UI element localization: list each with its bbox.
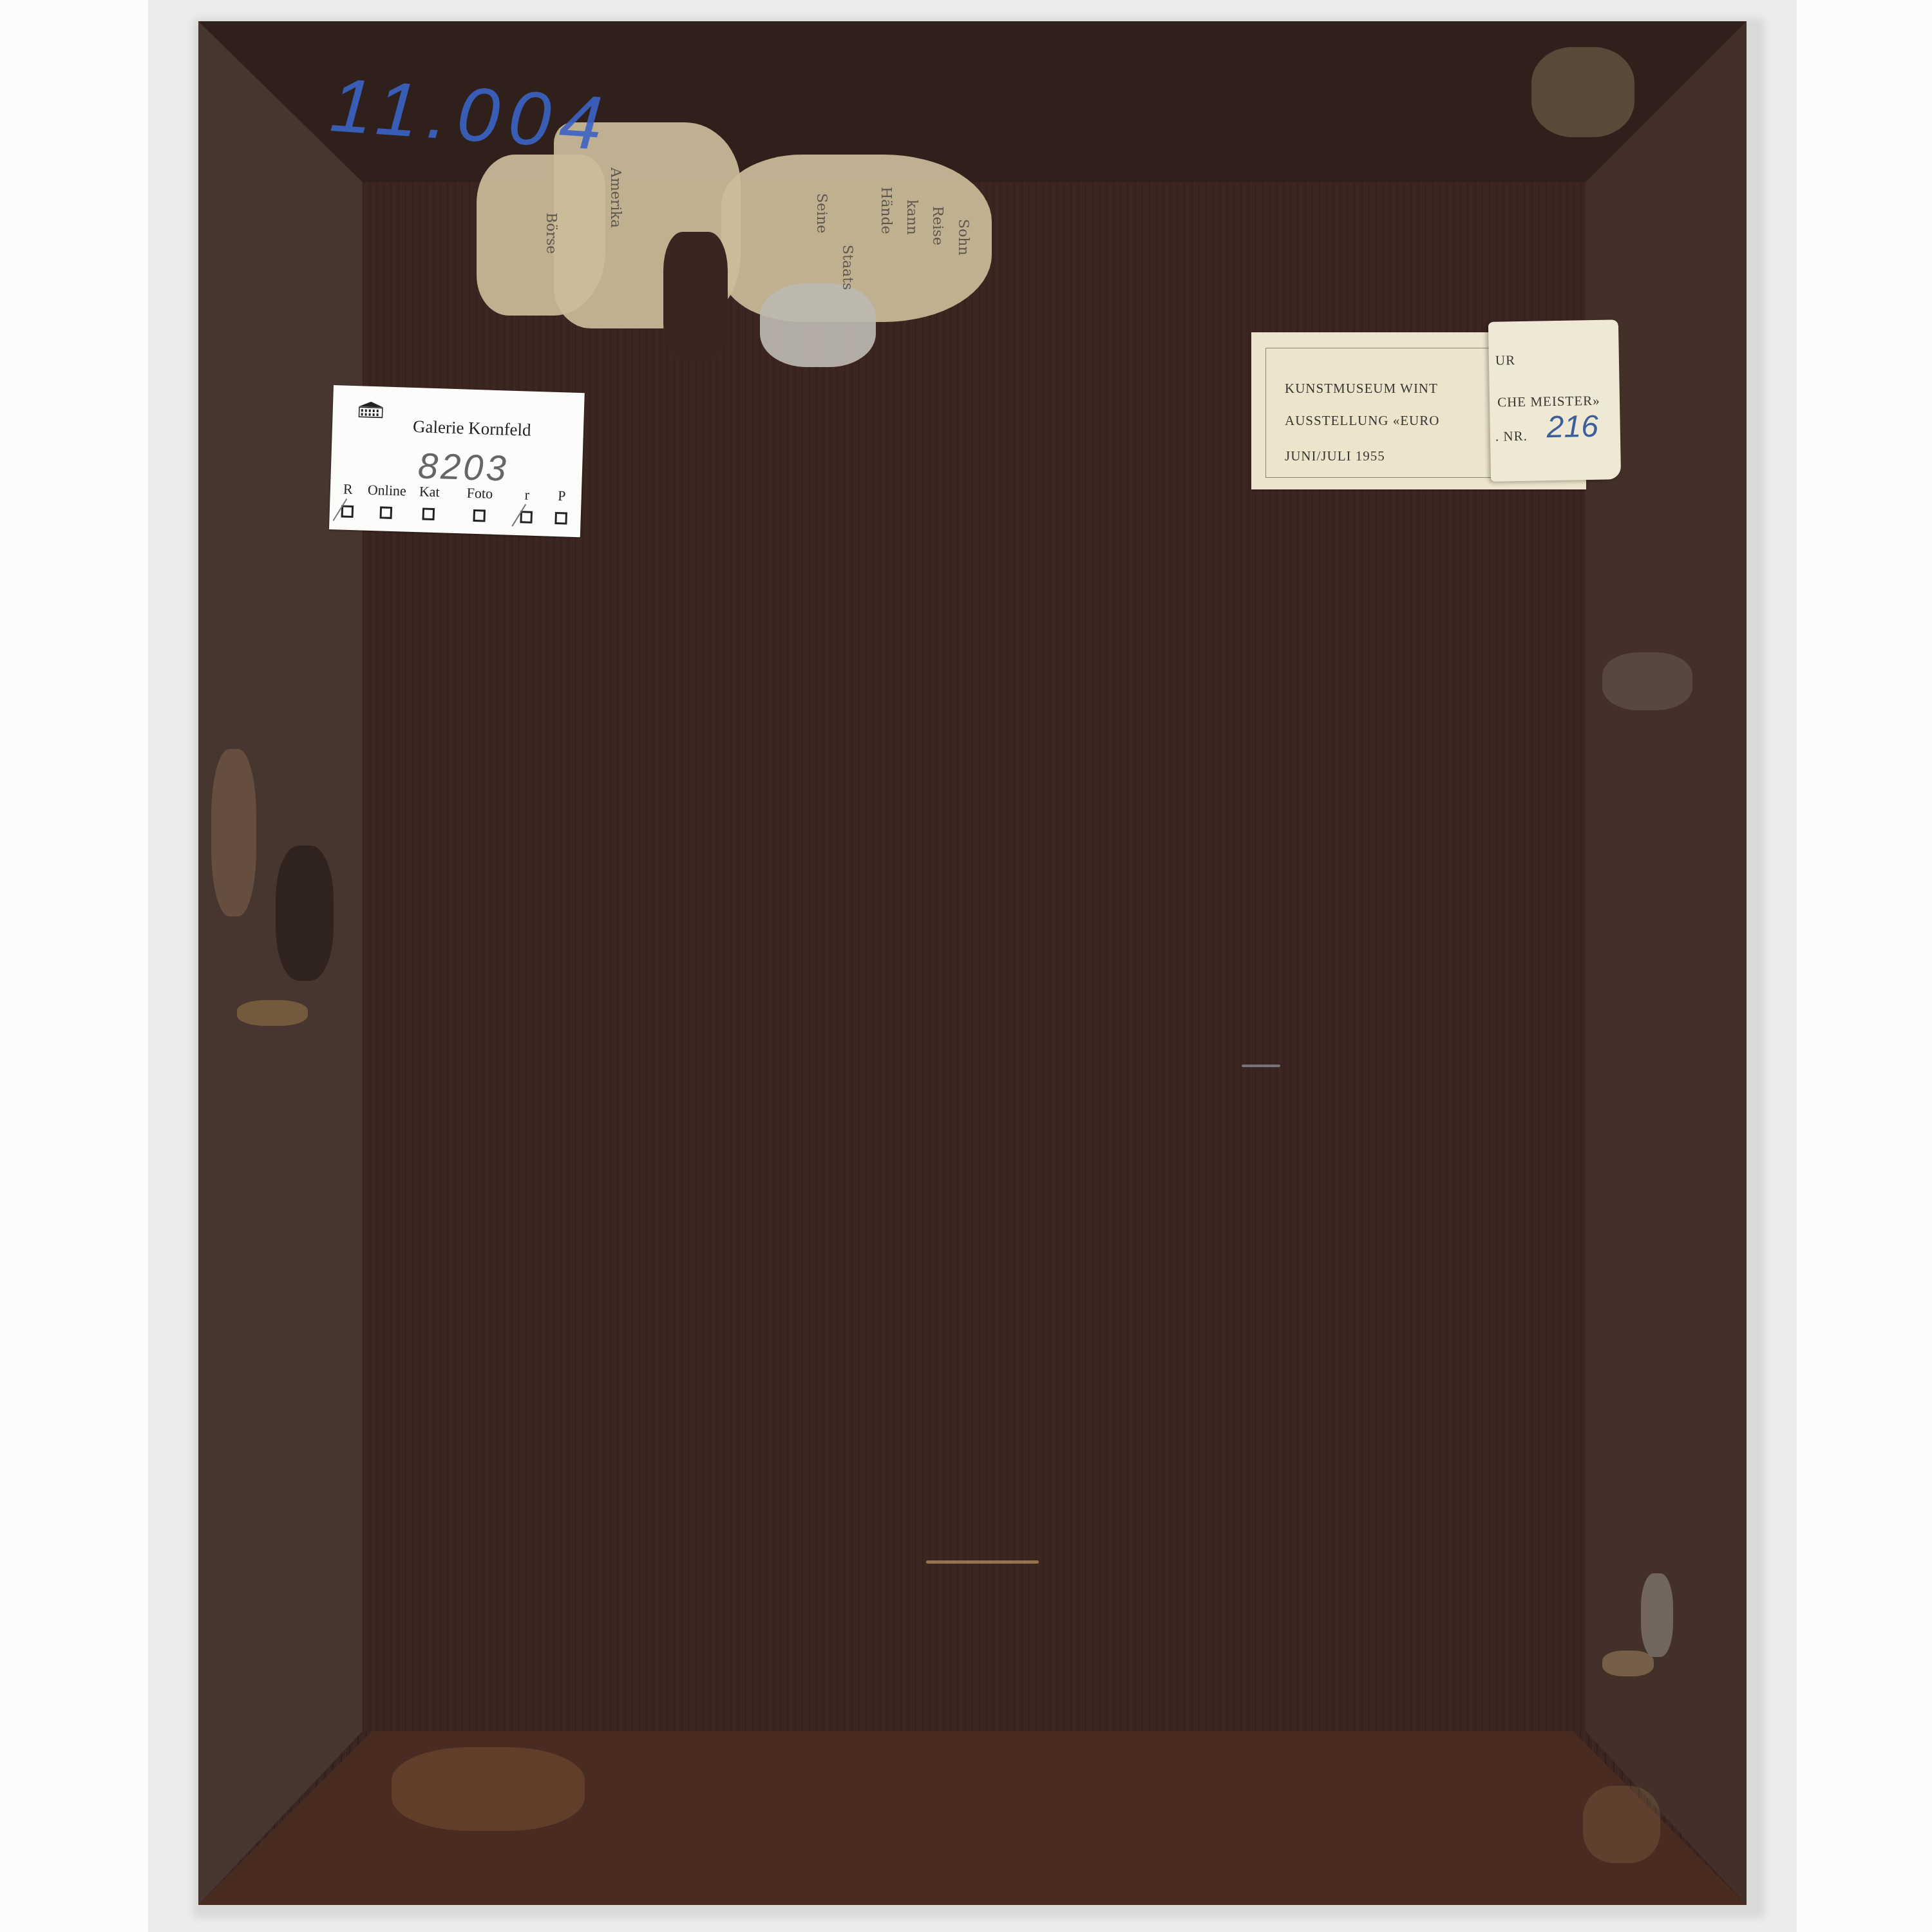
paper-piece xyxy=(760,283,876,367)
wear-spot xyxy=(237,1000,308,1026)
bevel-left xyxy=(198,21,363,1905)
curled-label-corner: UR CHE MEISTER» . NR. 216 xyxy=(1488,319,1621,481)
checkbox-icon xyxy=(554,512,567,525)
wear-spot xyxy=(1602,652,1692,710)
label-text-fragment: CHE MEISTER» xyxy=(1497,393,1600,411)
scratch-mark xyxy=(926,1560,1039,1564)
checkbox-checked-icon xyxy=(341,505,354,518)
newspaper-text: Hände xyxy=(876,187,895,234)
wear-spot xyxy=(1602,1651,1654,1676)
newspaper-text: Seine xyxy=(811,193,831,233)
newspaper-text: kann xyxy=(902,200,921,235)
museum-name: KUNSTMUSEUM WINT xyxy=(1285,381,1438,397)
newspaper-text: Amerika xyxy=(605,167,625,228)
wear-spot xyxy=(211,749,256,916)
wear-spot xyxy=(1641,1573,1673,1657)
exhibition-date: JUNI/JULI 1955 xyxy=(1285,448,1385,464)
checkbox-icon xyxy=(422,507,435,520)
checkbox-r-lower: r xyxy=(520,486,533,527)
galerie-kornfeld-label: Galerie Kornfeld 8203 R Online Kat Foto … xyxy=(329,385,585,537)
gallery-building-icon xyxy=(357,400,384,419)
newspaper-text: Börse xyxy=(541,213,560,254)
scratch-mark xyxy=(1242,1065,1280,1067)
label-text-fragment: UR xyxy=(1495,352,1516,369)
newspaper-text: Staats xyxy=(837,245,857,290)
wear-spot xyxy=(1531,47,1634,137)
wear-spot xyxy=(392,1747,585,1831)
newspaper-text: Reise xyxy=(927,206,947,245)
checkbox-checked-icon xyxy=(520,511,533,524)
catalog-number-prefix: . NR. xyxy=(1495,428,1528,445)
checkbox-kat: Kat xyxy=(418,483,440,524)
checkbox-foto: Foto xyxy=(466,485,493,526)
catalog-number: 216 xyxy=(1546,409,1598,445)
paper-gap xyxy=(663,232,728,361)
wear-spot xyxy=(1583,1786,1660,1863)
newspaper-text: Sohn xyxy=(953,219,972,256)
wear-spot xyxy=(276,846,334,981)
checkbox-p: P xyxy=(554,488,568,528)
handwritten-lot-number: 8203 xyxy=(417,444,509,489)
exhibition-title: AUSSTELLUNG «EURO xyxy=(1285,413,1439,429)
checkbox-r: R xyxy=(341,480,354,521)
checkbox-online: Online xyxy=(366,482,406,523)
checkbox-icon xyxy=(473,509,486,522)
checkbox-icon xyxy=(380,506,393,519)
gallery-name: Galerie Kornfeld xyxy=(413,417,532,440)
